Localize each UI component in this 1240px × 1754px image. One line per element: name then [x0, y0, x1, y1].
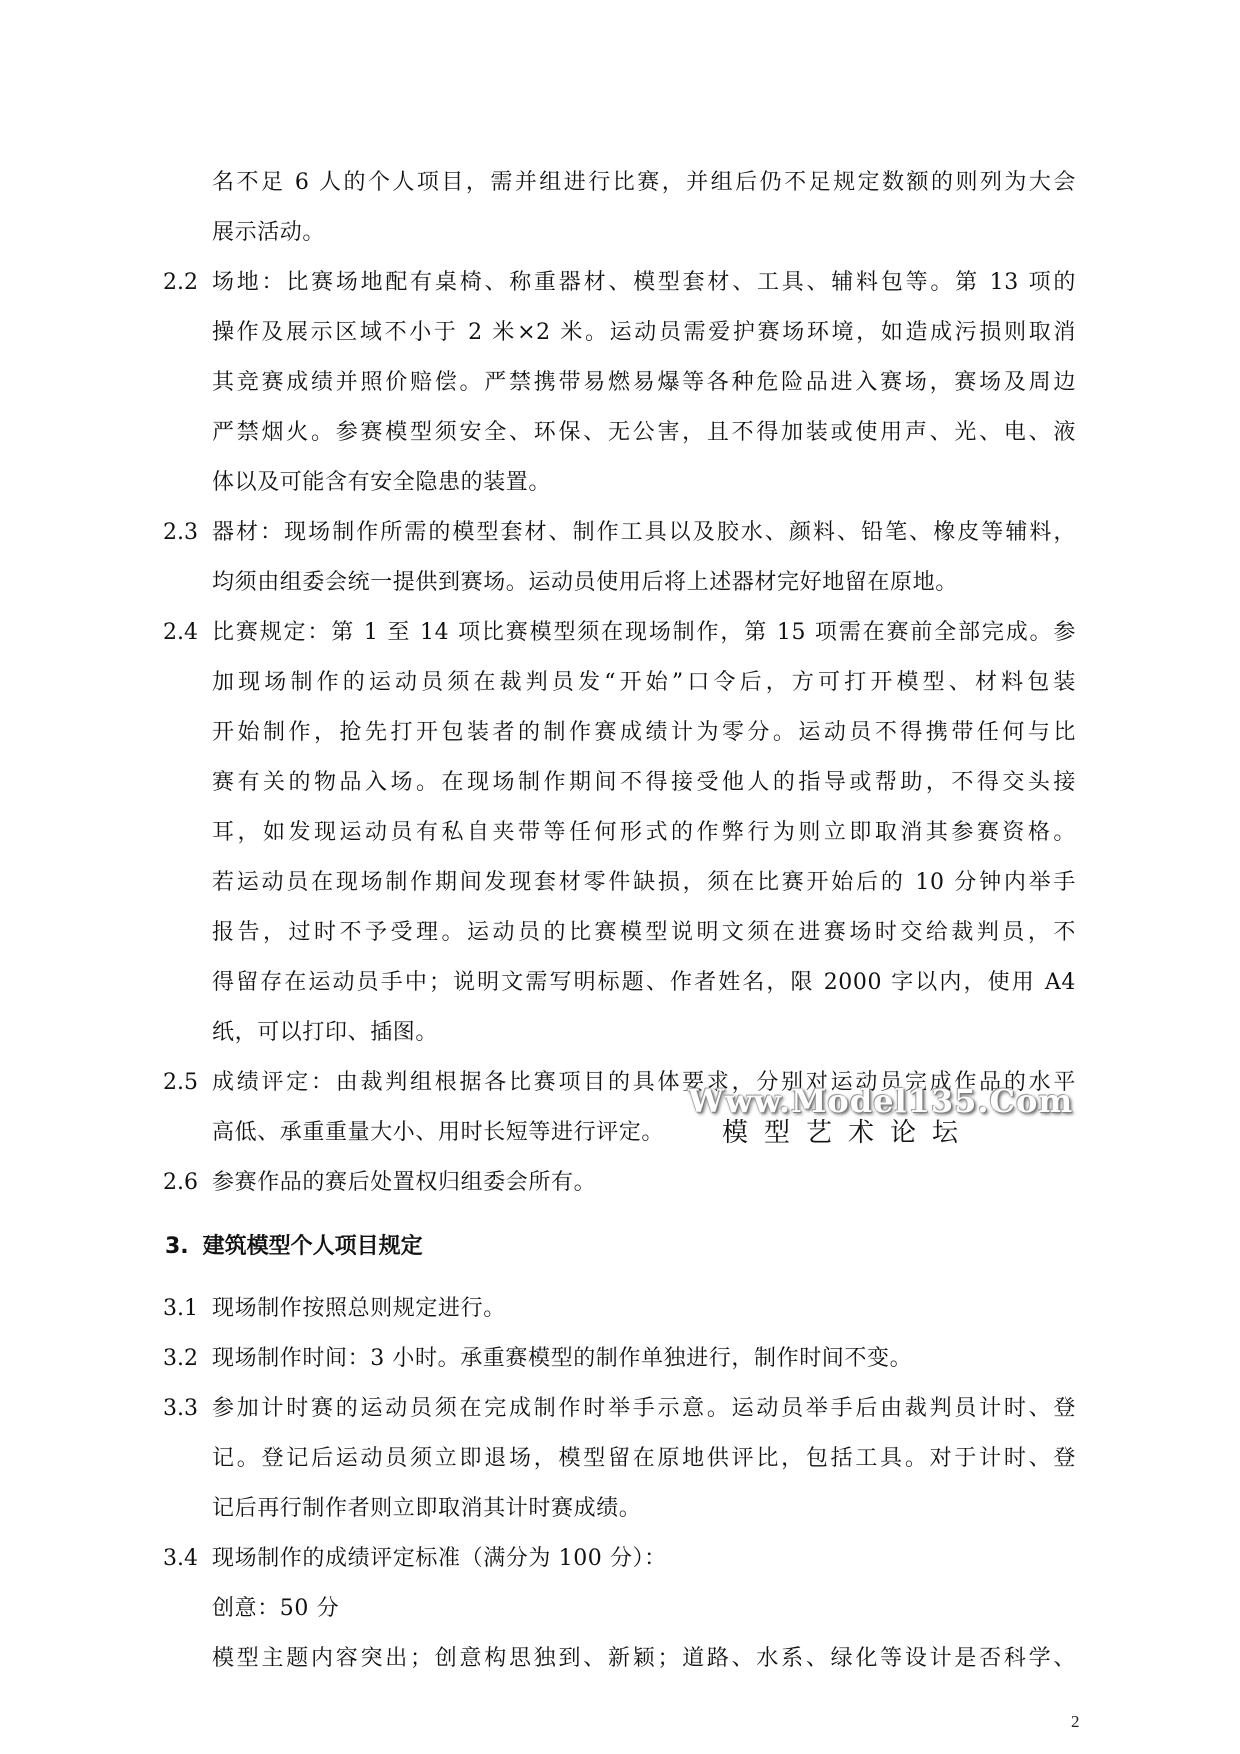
paragraph-line: 展示活动。: [212, 218, 325, 248]
item-2-4-line: 开始制作，抢先打开包装者的制作赛成绩计为零分。运动员不得携带任何与比: [212, 718, 1076, 748]
watermark-url: Www.Model135.Com: [688, 1082, 1073, 1120]
item-2-4-line: 比赛规定：第 1 至 14 项比赛模型须在现场制作，第 15 项需在赛前全部完成…: [212, 618, 1076, 648]
item-3-1-line: 现场制作按照总则规定进行。: [212, 1294, 506, 1324]
item-2-4-line: 纸，可以打印、插图。: [212, 1018, 438, 1048]
item-2-5-line: 高低、承重重量大小、用时长短等进行评定。: [212, 1118, 664, 1148]
item-2-2-line: 其竞赛成绩并照价赔偿。严禁携带易燃易爆等各种危险品进入赛场，赛场及周边: [212, 368, 1076, 398]
paragraph-line: 名不足 6 人的个人项目，需并组进行比赛，并组后仍不足规定数额的则列为大会: [212, 168, 1076, 198]
document-page: 名不足 6 人的个人项目，需并组进行比赛，并组后仍不足规定数额的则列为大会 展示…: [0, 0, 1240, 1754]
item-number-3-1: 3.1: [163, 1294, 198, 1324]
item-2-2-line: 严禁烟火。参赛模型须安全、环保、无公害，且不得加装或使用声、光、电、液: [212, 418, 1076, 448]
item-2-2-line: 体以及可能含有安全隐患的装置。: [212, 468, 551, 498]
item-3-4-line: 模型主题内容突出；创意构思独到、新颖；道路、水系、绿化等设计是否科学、: [212, 1644, 1076, 1674]
item-3-3-line: 记。登记后运动员须立即退场，模型留在原地供评比，包括工具。对于计时、登: [212, 1444, 1076, 1474]
section-heading-title: 建筑模型个人项目规定: [203, 1234, 423, 1259]
item-2-6-line: 参赛作品的赛后处置权归组委会所有。: [212, 1168, 596, 1198]
item-3-2-line: 现场制作时间：3 小时。承重赛模型的制作单独进行，制作时间不变。: [212, 1344, 912, 1374]
item-number-2-4: 2.4: [163, 618, 198, 648]
section-heading: 3.建筑模型个人项目规定: [165, 1232, 423, 1262]
item-2-4-line: 得留存在运动员手中；说明文需写明标题、作者姓名，限 2000 字以内，使用 A4: [212, 968, 1076, 998]
item-number-2-2: 2.2: [163, 268, 198, 298]
page-number: 2: [1071, 1712, 1080, 1732]
item-number-2-6: 2.6: [163, 1168, 198, 1198]
item-3-3-line: 记后再行制作者则立即取消其计时赛成绩。: [212, 1494, 641, 1524]
item-2-2-line: 操作及展示区域不小于 2 米×2 米。运动员需爱护赛场环境，如造成污损则取消: [212, 318, 1076, 348]
item-number-3-4: 3.4: [163, 1544, 198, 1574]
section-heading-number: 3.: [165, 1234, 189, 1259]
item-2-4-line: 报告，过时不予受理。运动员的比赛模型说明文须在进赛场时交给裁判员，不: [212, 918, 1076, 948]
item-2-2-line: 场地：比赛场地配有桌椅、称重器材、模型套材、工具、辅料包等。第 13 项的: [212, 268, 1076, 298]
item-number-3-2: 3.2: [163, 1344, 198, 1374]
item-3-4-line: 创意：50 分: [212, 1594, 339, 1624]
item-2-4-line: 耳，如发现运动员有私自夹带等任何形式的作弊行为则立即取消其参赛资格。: [212, 818, 1076, 848]
item-3-4-line: 现场制作的成绩评定标准（满分为 100 分）：: [212, 1544, 667, 1574]
watermark-label: 模型艺术论坛: [722, 1118, 974, 1148]
item-3-3-line: 参加计时赛的运动员须在完成制作时举手示意。运动员举手后由裁判员计时、登: [212, 1394, 1076, 1424]
item-2-4-line: 若运动员在现场制作期间发现套材零件缺损，须在比赛开始后的 10 分钟内举手: [212, 868, 1076, 898]
item-2-4-line: 加现场制作的运动员须在裁判员发“开始”口令后，方可打开模型、材料包装: [212, 668, 1076, 698]
item-number-2-3: 2.3: [163, 518, 198, 548]
item-number-3-3: 3.3: [163, 1394, 198, 1424]
item-2-4-line: 赛有关的物品入场。在现场制作期间不得接受他人的指导或帮助，不得交头接: [212, 768, 1076, 798]
item-2-3-line: 器材：现场制作所需的模型套材、制作工具以及胶水、颜料、铅笔、橡皮等辅料，: [212, 518, 1076, 548]
item-2-3-line: 均须由组委会统一提供到赛场。运动员使用后将上述器材完好地留在原地。: [212, 568, 958, 598]
item-number-2-5: 2.5: [163, 1068, 198, 1098]
